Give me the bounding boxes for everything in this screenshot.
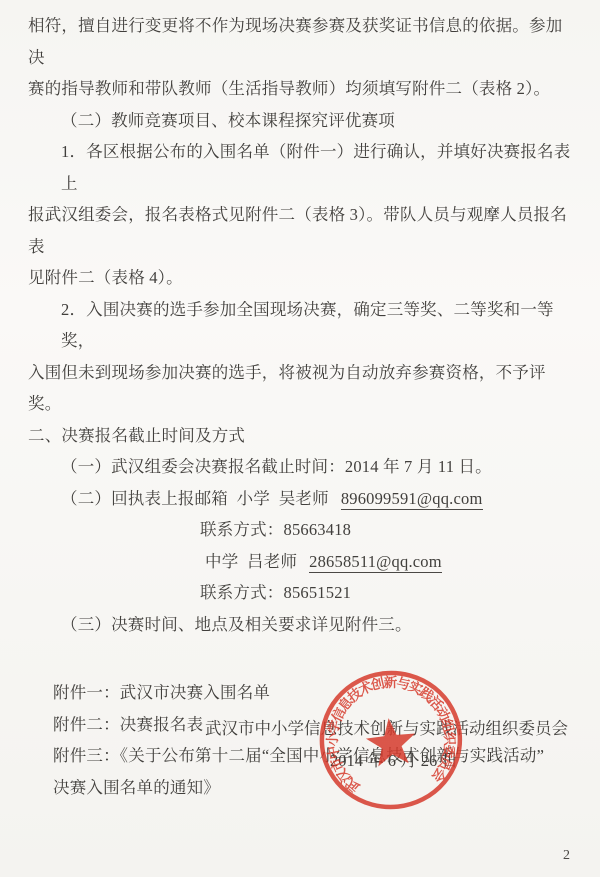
attachment-item: 附件三：《关于公布第十二届“全国中小学信息技术创新与实践活动” xyxy=(28,740,572,772)
closing-line: （三）决赛时间、地点及相关要求详见附件三。 xyxy=(28,609,572,641)
section-heading-teacher-events: （二）教师竞赛项目、校本课程探究评优赛项 xyxy=(28,105,572,137)
contact-line-secondary: 中学 吕老师28658511@qq.com xyxy=(28,546,572,578)
body-line: 入围但未到现场参加决赛的选手，将被视为自动放弃参赛资格，不予评奖。 xyxy=(28,357,572,420)
contact-secondary-email: 28658511@qq.com xyxy=(309,552,442,573)
signature-date: 2014 年 6 月 26 日 xyxy=(330,745,458,776)
attachment-item: 附件一：武汉市决赛入围名单 xyxy=(28,677,572,709)
page-number: 2 xyxy=(563,848,570,864)
body-line: 1．各区根据公布的入围名单（附件一）进行确认，并填好决赛报名表上 xyxy=(28,136,572,199)
contact-primary-email: 896099591@qq.com xyxy=(341,489,483,510)
contact-secondary-phone: 联系方式：85651521 xyxy=(28,577,572,609)
section-heading-deadline: 二、决赛报名截止时间及方式 xyxy=(28,420,572,452)
body-line: 相符，擅自进行变更将不作为现场决赛参赛及获奖证书信息的依据。参加决 xyxy=(28,10,572,73)
scanned-document-page: 相符，擅自进行变更将不作为现场决赛参赛及获奖证书信息的依据。参加决 赛的指导教师… xyxy=(0,0,600,877)
body-line: 2．入围决赛的选手参加全国现场决赛，确定三等奖、二等奖和一等奖， xyxy=(28,294,572,357)
contact-secondary-prefix: 中学 吕老师 xyxy=(205,552,297,571)
body-line: 见附件二（表格 4）。 xyxy=(28,262,572,294)
body-line: 报武汉组委会，报名表格式见附件二（表格 3）。带队人员与观摩人员报名表 xyxy=(28,199,572,262)
deadline-line: （一）武汉组委会决赛报名截止时间：2014 年 7 月 11 日。 xyxy=(28,451,572,483)
contact-primary-prefix: （二）回执表上报邮箱 小学 吴老师 xyxy=(61,489,329,508)
contact-primary-phone: 联系方式：85663418 xyxy=(28,514,572,546)
signature-committee: 武汉市中小学信息技术创新与实践活动组织委员会 xyxy=(205,713,568,744)
attachment-item-continuation: 决赛入围名单的通知》 xyxy=(28,772,572,804)
body-line: 赛的指导教师和带队教师（生活指导教师）均须填写附件二（表格 2）。 xyxy=(28,73,572,105)
contact-line-primary: （二）回执表上报邮箱 小学 吴老师896099591@qq.com xyxy=(28,483,572,515)
document-body: 相符，擅自进行变更将不作为现场决赛参赛及获奖证书信息的依据。参加决 赛的指导教师… xyxy=(28,10,572,803)
